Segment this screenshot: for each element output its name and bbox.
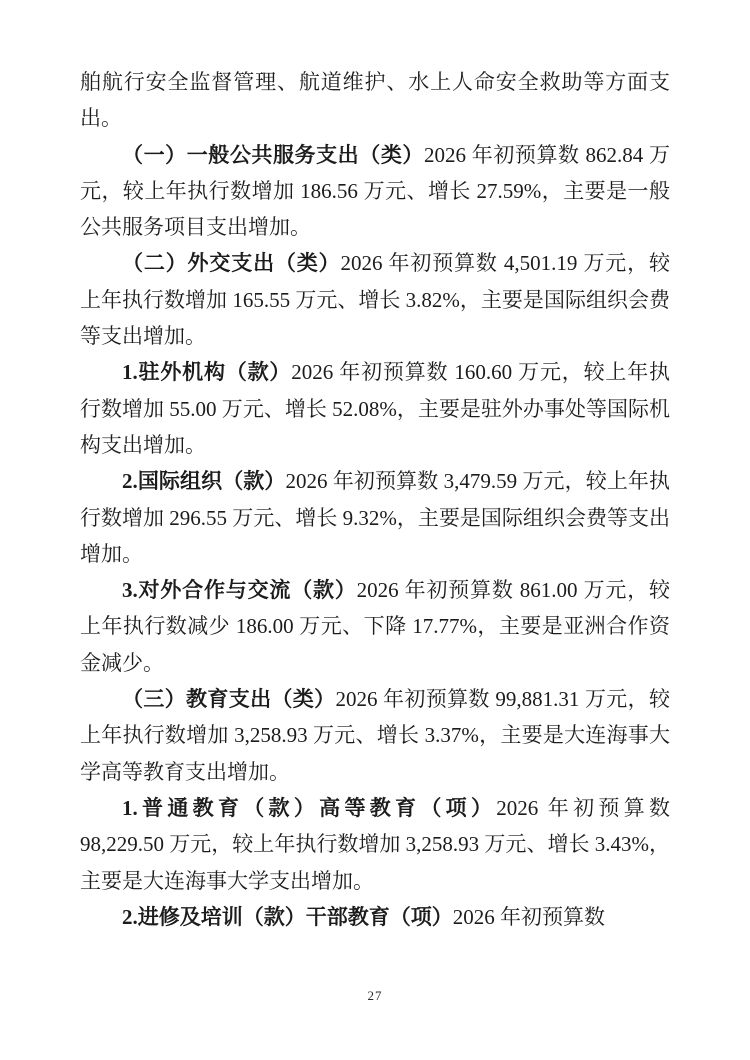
section-heading: （二）外交支出（类） bbox=[122, 251, 340, 275]
paragraph-section-1: （一）一般公共服务支出（类）2026 年初预算数 862.84 万元，较上年执行… bbox=[80, 137, 670, 246]
section-heading: （一）一般公共服务支出（类） bbox=[122, 143, 424, 167]
paragraph-subsection-3-1: 1.普通教育（款）高等教育（项）2026 年初预算数 98,229.50 万元，… bbox=[80, 790, 670, 899]
paragraph-continuation: 舶航行安全监督管理、航道维护、水上人命安全救助等方面支出。 bbox=[80, 64, 670, 137]
subsection-heading: 2.进修及培训（款）干部教育（项） bbox=[122, 905, 453, 929]
paragraph-section-3: （三）教育支出（类）2026 年初预算数 99,881.31 万元，较上年执行数… bbox=[80, 681, 670, 790]
paragraph-text: 2026 年初预算数 bbox=[453, 905, 605, 929]
section-heading: （三）教育支出（类） bbox=[122, 687, 335, 711]
subsection-heading: 1.驻外机构（款） bbox=[122, 360, 291, 384]
page-number: 27 bbox=[0, 988, 750, 1004]
paragraph-subsection-2-2: 2.国际组织（款）2026 年初预算数 3,479.59 万元，较上年执行数增加… bbox=[80, 463, 670, 572]
document-body: 舶航行安全监督管理、航道维护、水上人命安全救助等方面支出。 （一）一般公共服务支… bbox=[80, 64, 670, 935]
paragraph-subsection-3-2: 2.进修及培训（款）干部教育（项）2026 年初预算数 bbox=[80, 899, 670, 935]
paragraph-text: 舶航行安全监督管理、航道维护、水上人命安全救助等方面支出。 bbox=[80, 70, 670, 130]
paragraph-section-2: （二）外交支出（类）2026 年初预算数 4,501.19 万元，较上年执行数增… bbox=[80, 245, 670, 354]
paragraph-subsection-2-3: 3.对外合作与交流（款）2026 年初预算数 861.00 万元，较上年执行数减… bbox=[80, 572, 670, 681]
subsection-heading: 2.国际组织（款） bbox=[122, 469, 285, 493]
paragraph-subsection-2-1: 1.驻外机构（款）2026 年初预算数 160.60 万元，较上年执行数增加 5… bbox=[80, 354, 670, 463]
subsection-heading: 1.普通教育（款）高等教育（项） bbox=[122, 796, 496, 820]
subsection-heading: 3.对外合作与交流（款） bbox=[122, 578, 357, 602]
document-page: 舶航行安全监督管理、航道维护、水上人命安全救助等方面支出。 （一）一般公共服务支… bbox=[0, 0, 750, 1060]
